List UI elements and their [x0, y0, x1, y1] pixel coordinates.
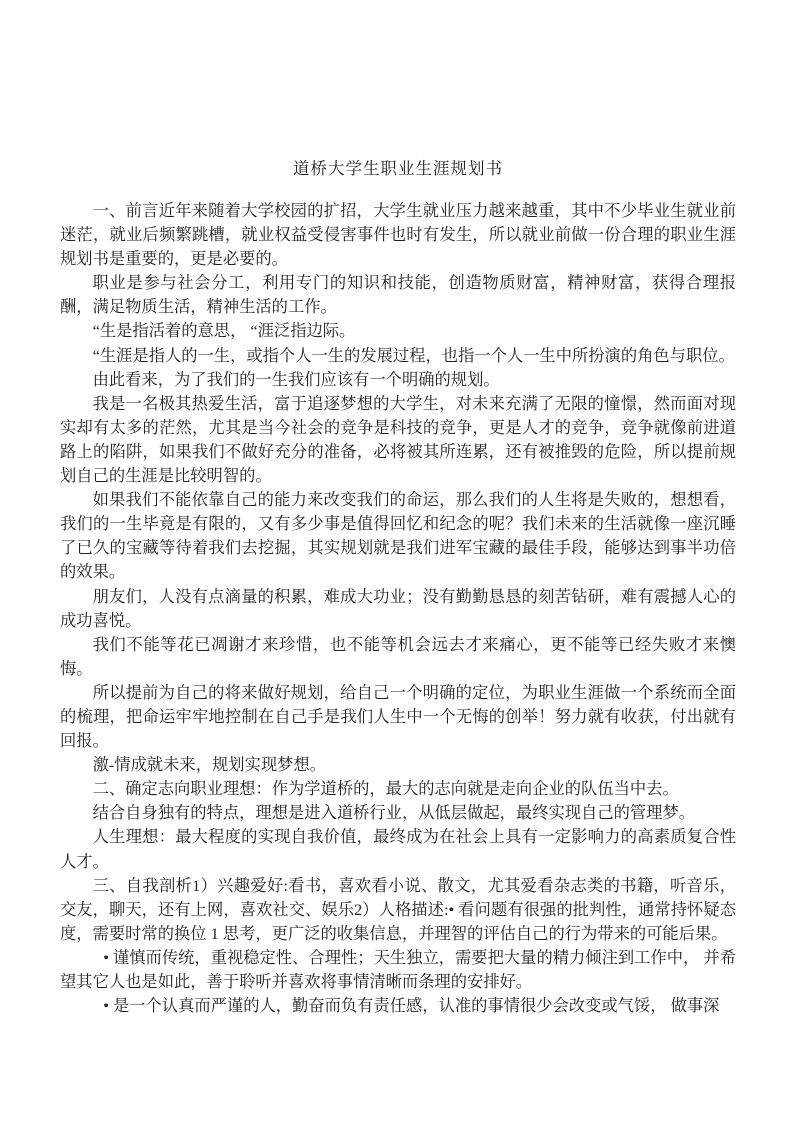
paragraph: 一、前言近年来随着大学校园的扩招，大学生就业压力越来越重，其中不少毕业生就业前迷…: [60, 199, 736, 271]
document-page: 道桥大学生职业生涯规划书 一、前言近年来随着大学校园的扩招，大学生就业压力越来越…: [0, 0, 793, 1122]
paragraph: 我们不能等花已凋谢才来珍惜，也不能等机会远去才来痛心，更不能等已经失败才来懊悔。: [60, 633, 736, 681]
paragraph: 我是一名极其热爱生活，富于追逐梦想的大学生，对未来充满了无限的憧憬，然而面对现实…: [60, 392, 736, 488]
paragraph: “生涯是指人的一生，或指个人一生的发展过程，也指一个人一生中所扮演的角色与职位。: [60, 344, 736, 368]
paragraph: 人生理想：最大程度的实现自我价值，最终成为在社会上具有一定影响力的高素质复合性人…: [60, 825, 736, 873]
document-body: 一、前言近年来随着大学校园的扩招，大学生就业压力越来越重，其中不少毕业生就业前迷…: [60, 199, 736, 1018]
paragraph: 职业是参与社会分工，利用专门的知识和技能，创造物质财富，精神财富，获得合理报酬，…: [60, 271, 736, 319]
paragraph: 结合自身独有的特点，理想是进入道桥行业，从低层做起，最终实现自己的管理梦。: [60, 801, 736, 825]
paragraph: 所以提前为自己的将来做好规划，给自己一个明确的定位，为职业生涯做一个系统而全面的…: [60, 681, 736, 753]
paragraph: 三、自我剖析1）兴趣爱好:看书，喜欢看小说、散文，尤其爱看杂志类的书籍，听音乐，…: [60, 874, 736, 946]
paragraph: 朋友们，人没有点滴量的积累，难成大功业；没有勤勤恳恳的刻苦钻研，难有震撼人心的成…: [60, 585, 736, 633]
paragraph: 二、确定志向职业理想：作为学道桥的，最大的志向就是走向企业的队伍当中去。: [60, 777, 736, 801]
paragraph: 由此看来，为了我们的一生我们应该有一个明确的规划。: [60, 368, 736, 392]
document-content: 道桥大学生职业生涯规划书 一、前言近年来随着大学校园的扩招，大学生就业压力越来越…: [60, 157, 736, 1018]
document-title: 道桥大学生职业生涯规划书: [60, 157, 736, 181]
paragraph: “生是指活着的意思， “涯泛指边际。: [60, 319, 736, 343]
paragraph: 如果我们不能依靠自己的能力来改变我们的命运，那么我们的人生将是失败的，想想看，我…: [60, 488, 736, 584]
paragraph: • 是一个认真而严谨的人，勤奋而负有责任感，认准的事情很少会改变或气馁， 做事深: [60, 994, 736, 1018]
paragraph: 激-情成就未来，规划实现梦想。: [60, 753, 736, 777]
paragraph: • 谨慎而传统，重视稳定性、合理性；天生独立，需要把大量的精力倾注到工作中， 并…: [60, 946, 736, 994]
